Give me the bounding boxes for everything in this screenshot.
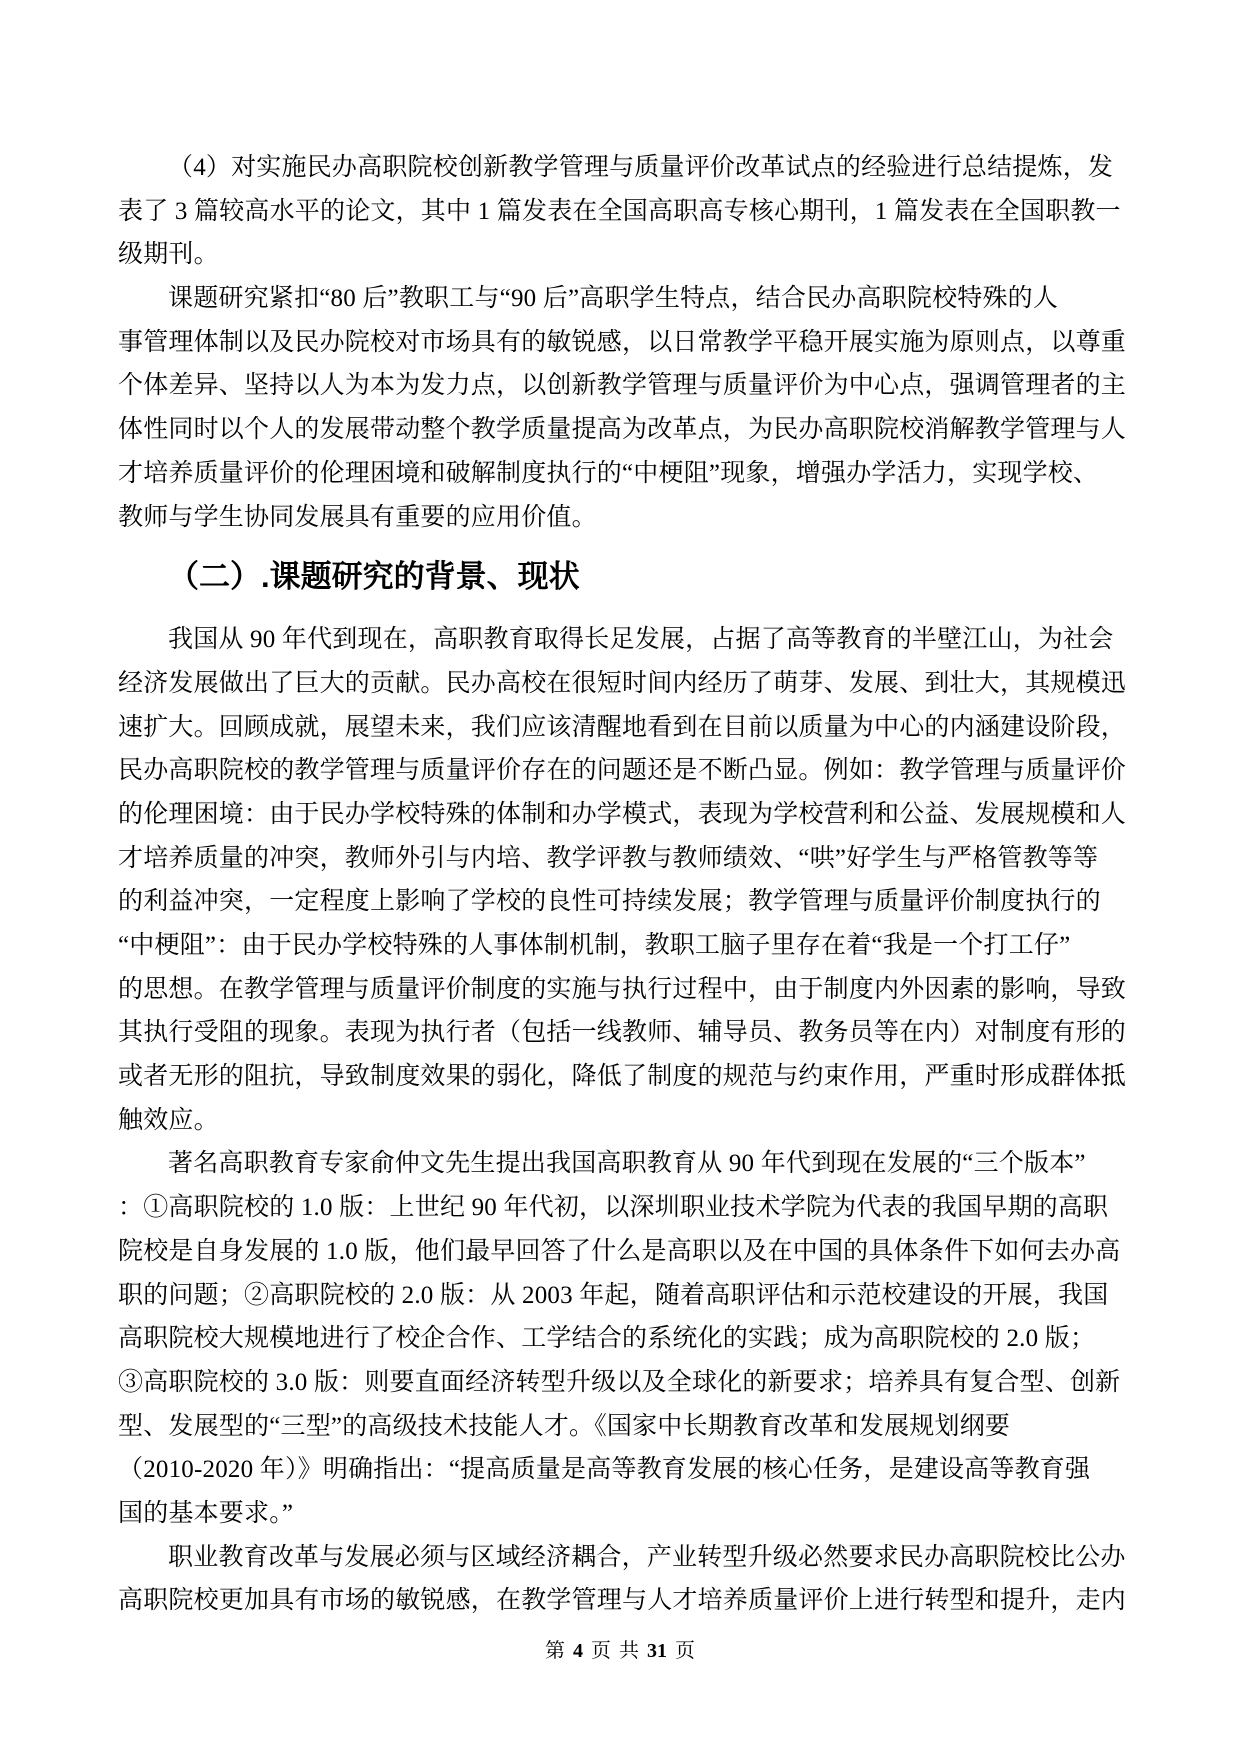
text-line: 体性同时以个人的发展带动整个教学质量提高为改革点，为民办高职院校消解教学管理与人: [118, 408, 1122, 452]
text-line: ：①高职院校的 1.0 版：上世纪 90 年代初，以深圳职业技术学院为代表的我国…: [118, 1186, 1122, 1230]
text-line: 或者无形的阻抗，导致制度效果的弱化，降低了制度的规范与约束作用，严重时形成群体抵: [118, 1055, 1122, 1099]
text-line: 职业教育改革与发展必须与区域经济耦合，产业转型升级必然要求民办高职院校比公办: [118, 1536, 1122, 1580]
text-line: 经济发展做出了巨大的贡献。民办高校在很短时间内经历了萌芽、发展、到壮大，其规模迅: [118, 662, 1122, 706]
footer-total-pages: 31: [647, 1640, 667, 1662]
paragraph-5: 职业教育改革与发展必须与区域经济耦合，产业转型升级必然要求民办高职院校比公办 高…: [118, 1536, 1122, 1623]
text-line: 的思想。在教学管理与质量评价制度的实施与执行过程中，由于制度内外因素的影响，导致: [118, 968, 1122, 1012]
text-line: 国的基本要求。”: [118, 1492, 1122, 1536]
text-line: 个体差异、坚持以人为本为发力点，以创新教学管理与质量评价为中心点，强调管理者的主: [118, 364, 1122, 408]
text-line: 事管理体制以及民办院校对市场具有的敏锐感，以日常教学平稳开展实施为原则点，以尊重: [118, 321, 1122, 365]
text-line: 才培养质量的冲突，教师外引与内培、教学评教与教师绩效、“哄”好学生与严格管教等等: [118, 837, 1122, 881]
text-line: 的利益冲突，一定程度上影响了学校的良性可持续发展；教学管理与质量评价制度执行的: [118, 880, 1122, 924]
paragraph-3: 我国从 90 年代到现在，高职教育取得长足发展，占据了高等教育的半壁江山，为社会…: [118, 618, 1122, 1142]
footer-text-suffix: 页: [675, 1640, 695, 1662]
text-line: 速扩大。回顾成就，展望未来，我们应该清醒地看到在目前以质量为中心的内涵建设阶段，: [118, 706, 1122, 750]
page-content: （4）对实施民办高职院校创新教学管理与质量评价改革试点的经验进行总结提炼，发 表…: [118, 146, 1122, 1673]
text-line: 我国从 90 年代到现在，高职教育取得长足发展，占据了高等教育的半壁江山，为社会: [118, 618, 1122, 662]
footer-text-middle-1: 页: [591, 1640, 611, 1662]
footer-page-number: 4: [573, 1640, 583, 1662]
text-line: 教师与学生协同发展具有重要的应用价值。: [118, 496, 1122, 540]
document-page: （4）对实施民办高职院校创新教学管理与质量评价改革试点的经验进行总结提炼，发 表…: [0, 0, 1240, 1754]
text-line: （2010-2020 年）》明确指出：“提高质量是高等教育发展的核心任务，是建设…: [118, 1448, 1122, 1492]
text-line: 的伦理困境：由于民办学校特殊的体制和办学模式，表现为学校营利和公益、发展规模和人: [118, 793, 1122, 837]
page-footer: 第4页共31页: [118, 1629, 1122, 1673]
text-line: ③高职院校的 3.0 版：则要直面经济转型升级以及全球化的新要求；培养具有复合型…: [118, 1361, 1122, 1405]
text-line: 高职院校更加具有市场的敏锐感，在教学管理与人才培养质量评价上进行转型和提升，走内: [118, 1579, 1122, 1623]
paragraph-2: 课题研究紧扣“80 后”教职工与“90 后”高职学生特点，结合民办高职院校特殊的…: [118, 277, 1122, 539]
text-line: 高职院校大规模地进行了校企合作、工学结合的系统化的实践；成为高职院校的 2.0 …: [118, 1317, 1122, 1361]
text-line: 职的问题；②高职院校的 2.0 版：从 2003 年起，随着高职评估和示范校建设…: [118, 1274, 1122, 1318]
footer-text-middle-2: 共: [619, 1640, 639, 1662]
text-line: 著名高职教育专家俞仲文先生提出我国高职教育从 90 年代到现在发展的“三个版本”: [118, 1142, 1122, 1186]
text-line: 民办高职院校的教学管理与质量评价存在的问题还是不断凸显。例如：教学管理与质量评价: [118, 749, 1122, 793]
text-line: 触效应。: [118, 1099, 1122, 1143]
text-line: “中梗阻”：由于民办学校特殊的人事体制机制，教职工脑子里存在着“我是一个打工仔”: [118, 924, 1122, 968]
text-line: 课题研究紧扣“80 后”教职工与“90 后”高职学生特点，结合民办高职院校特殊的…: [118, 277, 1122, 321]
text-line: 其执行受阻的现象。表现为执行者（包括一线教师、辅导员、教务员等在内）对制度有形的: [118, 1011, 1122, 1055]
paragraph-1: （4）对实施民办高职院校创新教学管理与质量评价改革试点的经验进行总结提炼，发 表…: [118, 146, 1122, 277]
text-line: 表了 3 篇较高水平的论文，其中 1 篇发表在全国高职高专核心期刊，1 篇发表在…: [118, 190, 1122, 234]
text-line: 级期刊。: [118, 233, 1122, 277]
section-heading: （二）.课题研究的背景、现状: [118, 555, 1122, 599]
footer-text-prefix: 第: [545, 1640, 565, 1662]
text-line: 院校是自身发展的 1.0 版，他们最早回答了什么是高职以及在中国的具体条件下如何…: [118, 1230, 1122, 1274]
text-line: （4）对实施民办高职院校创新教学管理与质量评价改革试点的经验进行总结提炼，发: [118, 146, 1122, 190]
text-line: 才培养质量评价的伦理困境和破解制度执行的“中梗阻”现象，增强办学活力，实现学校、: [118, 452, 1122, 496]
text-line: 型、发展型的“三型”的高级技术技能人才。《国家中长期教育改革和发展规划纲要: [118, 1405, 1122, 1449]
paragraph-4: 著名高职教育专家俞仲文先生提出我国高职教育从 90 年代到现在发展的“三个版本”…: [118, 1142, 1122, 1535]
